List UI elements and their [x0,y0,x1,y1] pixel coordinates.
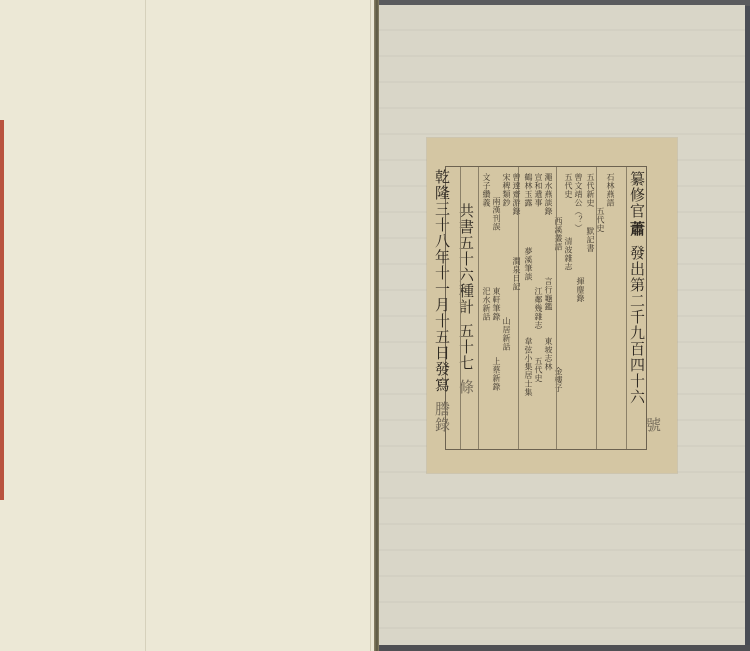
page-fold-line [145,0,146,651]
entry-column: 上蔡新錄 [492,357,500,391]
entry-column: 五代史 [534,357,542,383]
book-spread: 纂修官 蕭 發出第二千九百四十六 號 石林燕語 五代史 五代新史 默記書 揮麈錄… [0,0,750,651]
entry-column: 韋弦小集居士集 [524,337,532,397]
red-edge-strip [0,120,4,500]
entry-column: 夢溪筆談 [524,247,532,281]
pasted-manuscript-slip: 纂修官 蕭 發出第二千九百四十六 號 石林燕語 五代史 五代新史 默記書 揮麈錄… [427,138,677,473]
entry-column: 文子纘義 [482,173,490,207]
slip-ruled-frame: 纂修官 蕭 發出第二千九百四十六 號 石林燕語 五代史 五代新史 默記書 揮麈錄… [445,166,647,450]
entry-column: 清波雜志 [564,237,572,271]
entry-column: 東坡志林 [544,337,552,371]
issue-date: 乾隆三十八年十一月十五日發寫 [434,169,449,393]
entry-column: 五代史 [564,173,572,199]
column-rule [556,167,557,449]
page-fold-line [370,0,371,651]
compiler-title: 纂修官 [629,171,644,219]
left-page-blank [0,0,378,651]
compiler-name: 蕭 [629,221,644,237]
entry-column: 五代新史 [586,173,594,207]
entry-column: 山居新話 [502,317,510,351]
number-suffix: 號 [645,417,660,433]
entry-column: 宣和遺事 [534,173,542,207]
entry-column: 澠水燕談錄 [544,173,552,216]
scan-background-bottom [379,645,750,651]
entry-column: 曾達齋游錄 [512,173,520,216]
entry-column: 言行龜鑑 [544,277,552,311]
entry-column: 五代史 [596,207,604,233]
entry-column: 東軒筆錄 [492,287,500,321]
entry-column: 石林燕語 [606,173,614,443]
column-rule [626,167,627,449]
entry-column: 兩漢刊誤 [492,197,500,231]
entry-column: 江鄰幾雜志 [534,287,542,330]
column-rule [460,167,461,449]
column-rule [478,167,479,449]
entry-column: 默記書 [586,227,594,253]
entry-column: 揮麈錄 [576,277,584,303]
entry-column: 宋稗類鈔 [502,173,510,207]
copyist-label: 謄錄 [434,401,449,433]
entry-column: 曾文靖公（？） [574,173,582,233]
entry-column: 汜水新話 [482,287,490,321]
entry-column: 澗泉日記 [512,257,520,291]
issue-number: 發出第二千九百四十六 [629,245,644,405]
entry-column: 鶴林玉露 [524,173,532,207]
